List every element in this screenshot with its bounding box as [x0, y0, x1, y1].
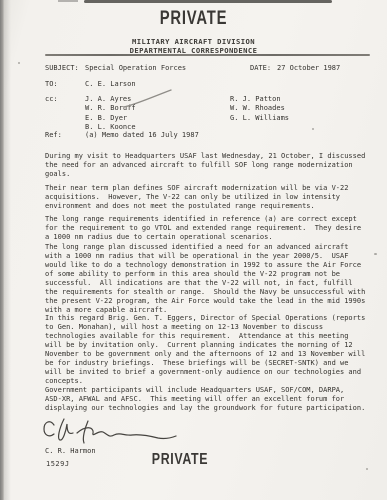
signature-handwriting — [40, 412, 182, 450]
body-paragraph-5: In this regard Brig. Gen. T. Eggers, Dir… — [45, 314, 365, 386]
signature-typed-name: C. R. Harmon — [45, 447, 96, 455]
ref-label: Ref: — [45, 131, 62, 139]
scan-speck — [374, 253, 377, 255]
ref-value: (a) Memo dated 16 July 1987 — [85, 131, 199, 139]
date-label: DATE: — [250, 64, 271, 72]
date-value: 27 October 1987 — [277, 64, 340, 72]
classification-banner-top: PRIVATE — [43, 8, 345, 30]
body-paragraph-2: Their near term plan defines SOF aircraf… — [45, 184, 348, 211]
scan-speck — [366, 468, 368, 470]
document-number: 1529J — [46, 460, 70, 468]
classification-banner-bottom: PRIVATE — [132, 451, 228, 469]
pen-slash-annotation — [122, 88, 174, 110]
scan-top-edge-mark — [58, 0, 78, 2]
scan-speck — [312, 128, 314, 130]
cc-list-right: R. J. Patton W. W. Rhoades G. L. William… — [230, 95, 289, 123]
body-paragraph-3: The long range requirements identified i… — [45, 215, 361, 242]
to-value: C. E. Larson — [85, 80, 136, 88]
subject-value: Special Operation Forces — [85, 64, 186, 72]
cc-label: cc: — [45, 95, 58, 103]
scan-left-edge-shadow — [4, 0, 11, 500]
subject-label: SUBJECT: — [45, 64, 79, 72]
scan-speck — [18, 62, 20, 64]
body-paragraph-4: The long range plan discussed identified… — [45, 243, 365, 315]
division-name: MILITARY AIRCRAFT DIVISION — [0, 37, 387, 46]
to-label: TO: — [45, 80, 58, 88]
header-divider-rule — [45, 54, 370, 56]
scanned-memo-page: PRIVATE MILITARY AIRCRAFT DIVISION DEPAR… — [0, 0, 387, 500]
body-paragraph-6: Government participants will include Hea… — [45, 386, 365, 413]
scan-top-edge-streak — [84, 0, 332, 3]
body-paragraph-1: During my visit to Headquarters USAF las… — [45, 152, 365, 179]
